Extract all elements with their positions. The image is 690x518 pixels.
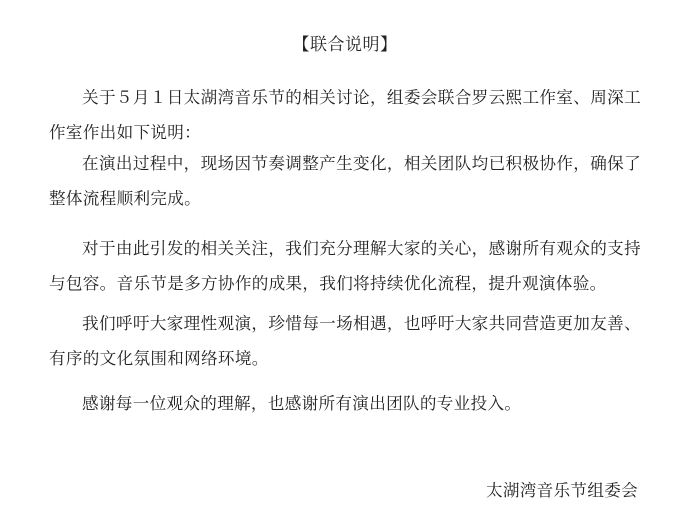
paragraph-appreciation: 对于由此引发的相关关注，我们充分理解大家的关心，感谢所有观众的支持与包容。音乐节… [49,231,641,301]
statement-document: 【联合说明】 关于５月１日太湖湾音乐节的相关讨论，组委会联合罗云熙工作室、周深工… [0,0,690,518]
paragraph-performance-process: 在演出过程中，现场因节奏调整产生变化，相关团队均已积极协作，确保了整体流程顺利完… [49,146,641,216]
document-title: 【联合说明】 [0,33,690,57]
paragraph-thanks: 感谢每一位观众的理解，也感谢所有演出团队的专业投入。 [49,386,641,421]
paragraph-intro: 关于５月１日太湖湾音乐节的相关讨论，组委会联合罗云熙工作室、周深工作室作出如下说… [49,80,641,150]
paragraph-appeal: 我们呼吁大家理性观演，珍惜每一场相遇，也呼吁大家共同营造更加友善、有序的文化氛围… [49,306,641,376]
signature: 太湖湾音乐节组委会 [486,479,638,503]
